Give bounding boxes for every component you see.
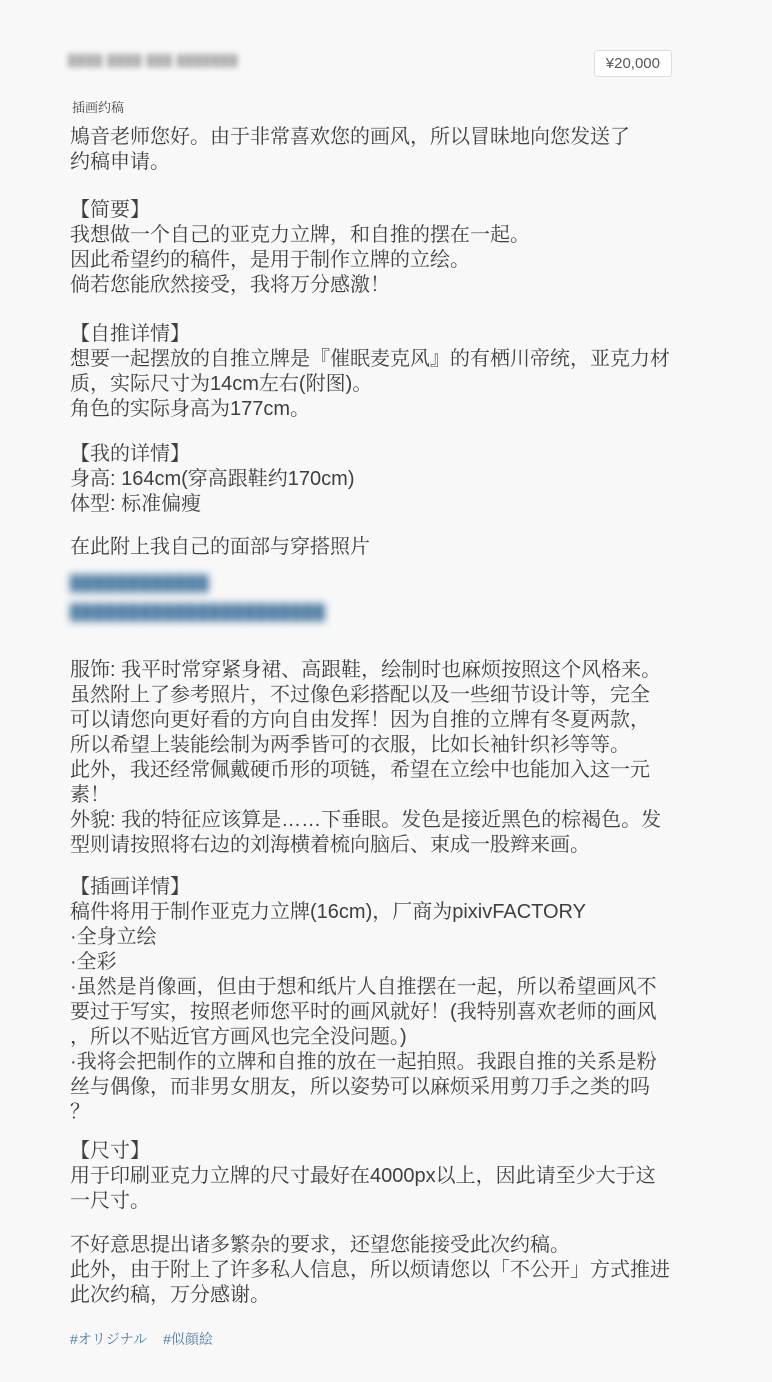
tag-link-nigaoe[interactable]: #似顔絵: [163, 1327, 213, 1352]
section-oshi-details: 【自推详情】 想要一起摆放的自推立牌是『催眠麦克风』的有栖川帝统，亚克力材 质，…: [70, 322, 735, 422]
tag-list: #オリジナル #似顔絵: [70, 1327, 735, 1352]
request-body: 鳩音老师您好。由于非常喜欢您的画风，所以冒昧地向您发送了 约稿申请。 【简要】 …: [70, 0, 735, 1352]
closing-paragraph: 不好意思提出诸多繁杂的要求，还望您能接受此次约稿。 此外，由于附上了许多私人信息…: [70, 1233, 735, 1308]
redacted-attachment-link[interactable]: ████████████ ██████████████████████: [70, 569, 735, 627]
section-outfit-appearance: 服饰: 我平时常穿紧身裙、高跟鞋，绘制时也麻烦按照这个风格来。 虽然附上了参考照…: [70, 658, 735, 858]
intro-paragraph: 鳩音老师您好。由于非常喜欢您的画风，所以冒昧地向您发送了 约稿申请。: [70, 125, 735, 175]
attachment-note: 在此附上我自己的面部与穿搭照片: [70, 535, 735, 560]
section-illustration-details: 【插画详情】 稿件将用于制作亚克力立牌(16cm)，厂商为pixivFACTOR…: [70, 875, 735, 1125]
section-brief: 【简要】 我想做一个自己的亚克力立牌，和自推的摆在一起。 因此希望约的稿件，是用…: [70, 198, 735, 298]
section-size: 【尺寸】 用于印刷亚克力立牌的尺寸最好在4000px以上，因此请至少大于这 一尺…: [70, 1139, 735, 1214]
section-my-details: 【我的详情】 身高: 164cm(穿高跟鞋约170cm) 体型: 标准偏瘦: [70, 442, 735, 517]
tag-link-original[interactable]: #オリジナル: [70, 1327, 147, 1352]
